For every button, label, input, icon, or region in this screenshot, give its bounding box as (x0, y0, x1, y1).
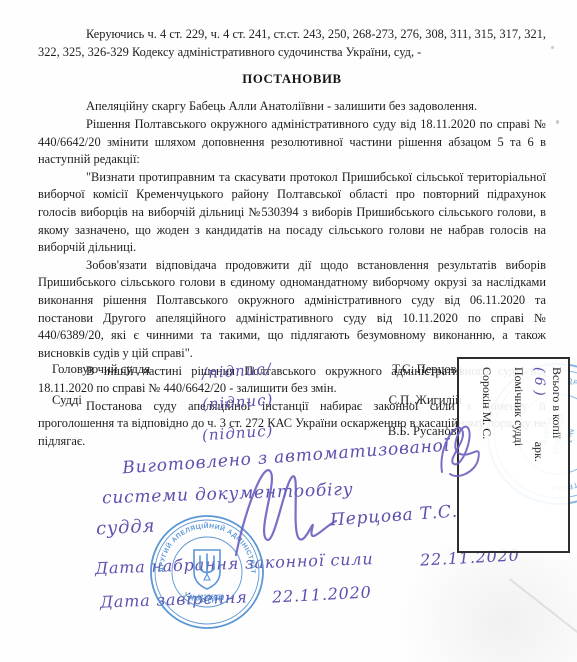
body-paragraph: Апеляційну скаргу Бабець Алли Анатоліївн… (38, 98, 546, 116)
judge-role: Судді (52, 393, 202, 408)
assistant-label: Помічник судді (511, 367, 525, 543)
court-round-seal: ДРУГИЙ АПЕЛЯЦІЙНИЙ АДМІНІСТРАТИВНИЙ СУД … (147, 512, 267, 632)
copy-sheet-count-handwritten: ( 6 ) (530, 367, 547, 396)
scan-fold-mark (509, 578, 577, 647)
copy-sheets-label: арк. (531, 442, 545, 462)
signature-placeholder: (підпис) (201, 422, 273, 445)
body-paragraph: Зобов'язати відповідача продовжити дії щ… (38, 257, 546, 363)
handwritten-produced-line2: системи документообігу (102, 480, 354, 509)
copy-count-stamp: Всього в копії ( 6 ) арк. Помічник судді… (457, 357, 570, 553)
intro-paragraph: Керуючись ч. 4 ст. 229, ч. 4 ст. 241, ст… (38, 26, 546, 61)
signature-placeholder: (підпис) (201, 391, 273, 414)
scan-speck (551, 46, 554, 49)
trident-icon (194, 550, 220, 589)
resolution-heading: ПОСТАНОВИВ (38, 70, 546, 88)
handwritten-certified-date: 22.11.2020 (272, 582, 372, 606)
seal-code-text: №42256970 (190, 594, 225, 601)
assistant-name: Сорокін М. С. (480, 367, 494, 543)
copy-total-label: Всього в копії (550, 367, 564, 543)
scanned-court-document-page: Керуючись ч. 4 ст. 229, ч. 4 ст. 241, ст… (0, 0, 577, 662)
body-paragraph: "Визнати протиправним та скасувати прото… (38, 169, 546, 257)
signature-row: Головуючий суддя /підпис/ Т.С. Перцова (52, 362, 462, 380)
scan-speck (556, 120, 559, 124)
judge-role: Головуючий суддя (52, 362, 202, 377)
signature-placeholder: /підпис/ (201, 360, 272, 383)
body-paragraph: Рішення Полтавського окружного адміністр… (38, 116, 546, 169)
signature-row: Судді (підпис) С.П. Жигилій (52, 393, 462, 411)
